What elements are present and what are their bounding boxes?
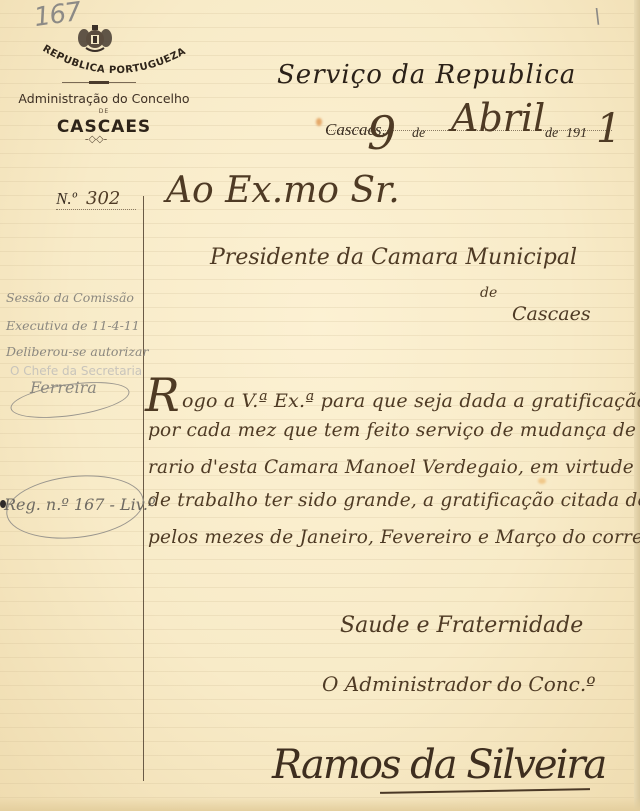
addressee-place: Cascaes xyxy=(512,303,591,325)
svg-text:REPUBLICA PORTUGUEZA: REPUBLICA PORTUGUEZA xyxy=(41,43,188,76)
margin-note: Deliberou-se autorizar xyxy=(6,344,148,359)
date-month: Abril xyxy=(451,96,545,140)
paper-edge-bottom xyxy=(0,797,640,811)
body-line: pelos mezes de Janeiro, Fevereiro e Març… xyxy=(148,527,640,548)
margin-note: Executiva de 11-4-11 xyxy=(6,318,140,333)
office-name: Administração do Concelho xyxy=(14,91,194,106)
ornament-icon: -◇◇- xyxy=(85,134,107,145)
date-day: 9 xyxy=(367,106,396,160)
signatory-title: O Administrador do Conc.º xyxy=(322,672,596,696)
date-de: de xyxy=(412,126,425,142)
secretary-stamp: O Chefe da Secretaria xyxy=(10,364,142,378)
ink-stain xyxy=(316,118,322,126)
date-year-handwritten: 1 xyxy=(596,106,621,152)
corner-mark: \ xyxy=(594,4,601,28)
addressee-title: Presidente da Camara Municipal xyxy=(210,245,577,270)
margin-initials: Ferreira xyxy=(30,378,97,397)
service-heading: Serviço da Republica xyxy=(277,60,576,90)
addressee-de: de xyxy=(480,285,497,301)
drop-initial: R xyxy=(145,368,180,422)
body-line: por cada mez que tem feito serviço de mu… xyxy=(148,420,640,441)
margin-note: Sessão da Comissão xyxy=(6,290,134,305)
office-preposition: DE xyxy=(14,108,194,115)
republic-label: REPUBLICA PORTUGUEZA xyxy=(41,43,188,76)
signature-underline xyxy=(380,788,590,794)
closing: Saude e Fraternidade xyxy=(340,613,583,638)
register-reference: Reg. n.º 167 - Liv.º xyxy=(4,495,156,514)
body-line: ogo a V.ª Ex.ª para que seja dada a grat… xyxy=(182,390,640,412)
margin-rule xyxy=(143,196,144,781)
reference-dotted-line xyxy=(56,209,136,210)
letter-page: 167 \ REPUBLICA PORTUGUEZA Administração… xyxy=(0,0,640,811)
reference-label: N.º xyxy=(56,189,77,209)
letterhead-rule-accent xyxy=(89,81,109,84)
date-year-printed: 191 xyxy=(566,126,587,142)
salutation: Ao Ex.mo Sr. xyxy=(166,170,400,211)
date-de-2: de xyxy=(545,126,558,142)
archive-number: 167 xyxy=(32,0,82,33)
ink-stain xyxy=(538,478,546,484)
body-line: rario d'esta Camara Manoel Verdegaio, em… xyxy=(148,457,640,478)
body-line: de trabalho ter sido grande, a gratifica… xyxy=(148,490,640,511)
signature: Ramos da Silveira xyxy=(272,742,605,788)
republic-arc-text: REPUBLICA PORTUGUEZA xyxy=(30,36,210,86)
reference-number: 302 xyxy=(86,188,120,209)
